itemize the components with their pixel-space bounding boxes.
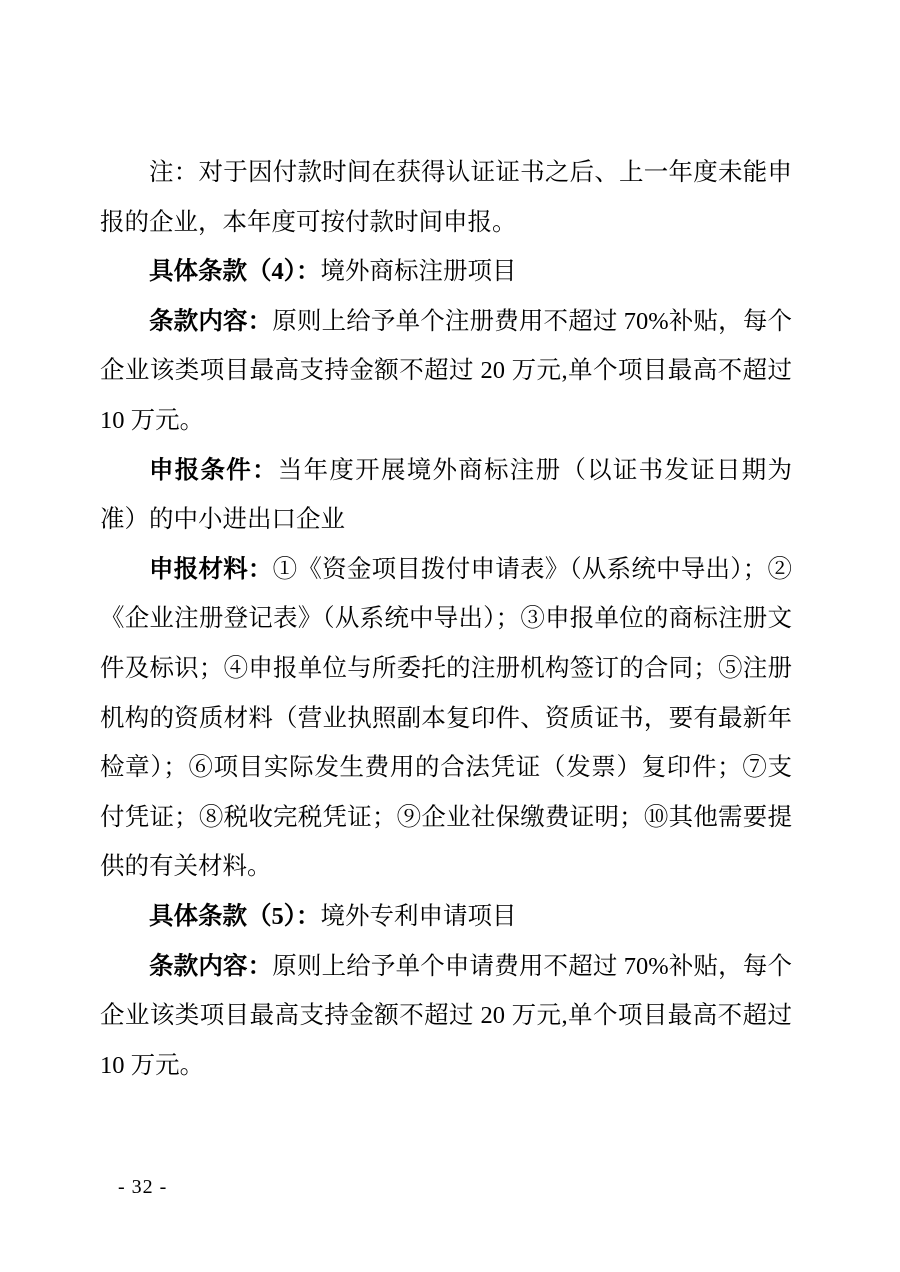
paragraph-note: 注：对于因付款时间在获得认证证书之后、上一年度未能申报的企业，本年度可按付款时间… (100, 148, 792, 247)
paragraph-label: 条款内容： (149, 953, 272, 980)
paragraph-label: 申报材料： (149, 556, 273, 583)
paragraph-label: 申报条件： (149, 457, 278, 484)
heading-label: 具体条款（5）： (149, 903, 321, 930)
paragraph-clause-content-5: 条款内容：原则上给予单个申请费用不超过 70%补贴，每个企业该类项目最高支持金额… (100, 942, 792, 1091)
heading-title: 境外商标注册项目 (321, 258, 517, 285)
document-page: 注：对于因付款时间在获得认证证书之后、上一年度未能申报的企业，本年度可按付款时间… (0, 0, 900, 1272)
paragraph-application-materials: 申报材料：①《资金项目拨付申请表》（从系统中导出）；②《企业注册登记表》（从系统… (100, 545, 792, 892)
paragraph-clause-content-4: 条款内容：原则上给予单个注册费用不超过 70%补贴，每个企业该类项目最高支持金额… (100, 297, 792, 446)
paragraph-text: ①《资金项目拨付申请表》（从系统中导出）；②《企业注册登记表》（从系统中导出）；… (100, 556, 792, 881)
heading-label: 具体条款（4）： (149, 258, 321, 285)
heading-title: 境外专利申请项目 (321, 903, 517, 930)
document-body: 注：对于因付款时间在获得认证证书之后、上一年度未能申报的企业，本年度可按付款时间… (100, 148, 792, 1090)
paragraph-label: 条款内容： (149, 308, 272, 335)
paragraph-text: 注：对于因付款时间在获得认证证书之后、上一年度未能申报的企业，本年度可按付款时间… (100, 159, 792, 236)
paragraph-application-conditions: 申报条件：当年度开展境外商标注册（以证书发证日期为准）的中小进出口企业 (100, 446, 792, 545)
heading-clause-4: 具体条款（4）：境外商标注册项目 (100, 247, 792, 297)
heading-clause-5: 具体条款（5）：境外专利申请项目 (100, 892, 792, 942)
page-number: - 32 - (118, 1174, 167, 1200)
